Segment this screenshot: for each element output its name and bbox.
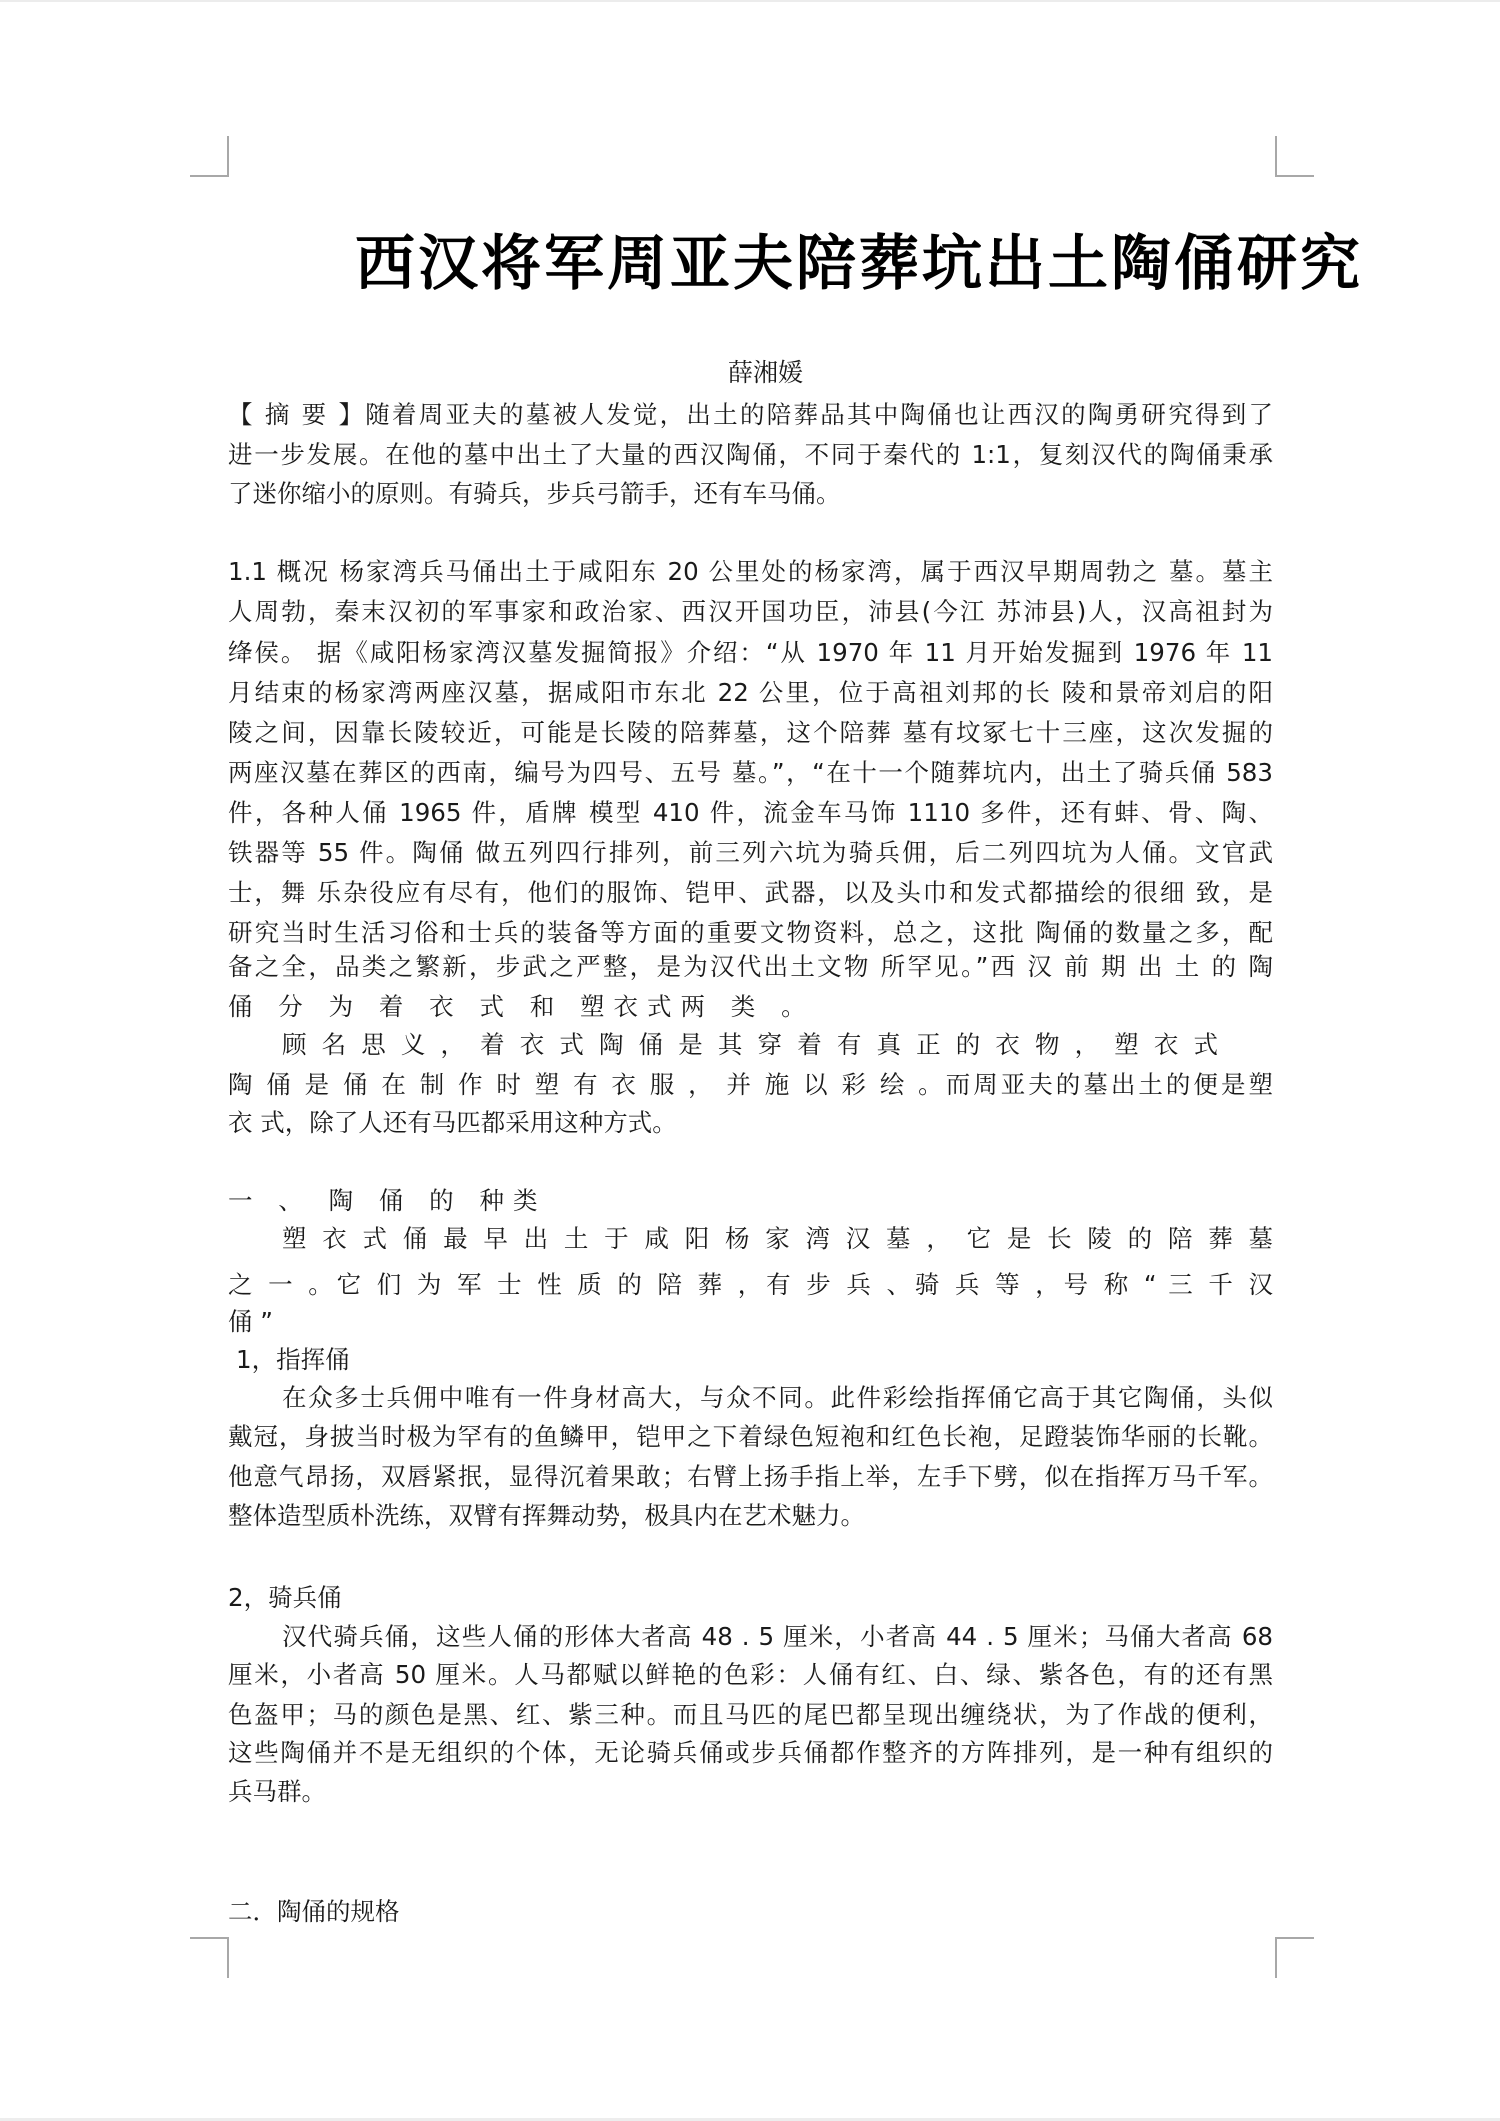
paragraph-line: 整体造型质朴洗练，双臂有挥舞动势，极具内在艺术魅力。 <box>228 1498 1273 1534</box>
crop-mark-top-left <box>190 136 229 177</box>
abstract-line: 了迷你缩小的原则。有骑兵，步兵弓箭手，还有车马俑。 <box>228 476 1273 512</box>
page-top-edge <box>0 0 1500 2</box>
paragraph-line: 绛侯。 据《咸阳杨家湾汉墓发掘简报》介绍：“从 1970 年 11 月开始发掘到… <box>228 635 1273 671</box>
paragraph-line: 件，各种人俑 1965 件，盾牌 模型 410 件，流金车马饰 1110 多件，… <box>228 795 1273 831</box>
paragraph-line: 俑 ” <box>228 1304 1273 1340</box>
paragraph-line: 塑 衣 式 俑 最 早 出 土 于 咸 阳 杨 家 湾 汉 墓 ， 它 是 长 … <box>282 1221 1273 1257</box>
abstract-line: 进一步发展。在他的墓中出土了大量的西汉陶俑，不同于秦代的 1:1，复刻汉代的陶俑… <box>228 437 1273 473</box>
crop-mark-bottom-right <box>1275 1937 1314 1978</box>
paragraph-line: 俑 分 为 着 衣 式 和 塑衣式两 类 。 <box>228 989 1273 1025</box>
paragraph-line: 他意气昂扬，双唇紧抿，显得沉着果敢；右臂上扬手指上举，左手下劈，似在指挥万马千军… <box>228 1459 1273 1495</box>
paragraph-line: 汉代骑兵俑，这些人俑的形体大者高 48 . 5 厘米，小者高 44 . 5 厘米… <box>282 1619 1273 1655</box>
paragraph-line: 士，舞 乐杂役应有尽有，他们的服饰、铠甲、武器，以及头巾和发式都描绘的很细 致，… <box>228 875 1273 911</box>
paragraph-line: 人周勃，秦末汉初的军事家和政治家、西汉开国功臣，沛县(今江 苏沛县)人，汉高祖封… <box>228 594 1273 630</box>
paragraph-line: 陵之间，因靠长陵较近，可能是长陵的陪葬墓，这个陪葬 墓有坟冢七十三座，这次发掘的 <box>228 715 1273 751</box>
paragraph-line: 陶 俑 是 俑 在 制 作 时 塑 有 衣 服 ， 并 施 以 彩 绘 。而周亚… <box>228 1067 1273 1103</box>
abstract-line: 【 摘 要 】随着周亚夫的墓被人发觉，出土的陪葬品其中陶俑也让西汉的陶勇研究得到… <box>228 397 1273 433</box>
paragraph-line: 这些陶俑并不是无组织的个体，无论骑兵俑或步兵俑都作整齐的方阵排列，是一种有组织的 <box>228 1735 1273 1771</box>
paragraph-line: 月结束的杨家湾两座汉墓，据咸阳市东北 22 公里，位于高祖刘邦的长 陵和景帝刘启… <box>228 675 1273 711</box>
paragraph-line: 备之全，品类之繁新，步武之严整，是为汉代出土文物 所罕见。”西 汉 前 期 出 … <box>228 949 1273 985</box>
subsection-heading: 2，骑兵俑 <box>228 1580 1273 1616</box>
paragraph-line: 1.1 概况 杨家湾兵马俑出土于咸阳东 20 公里处的杨家湾，属于西汉早期周勃之… <box>228 554 1273 590</box>
paragraph-line: 之 一 。它 们 为 军 士 性 质 的 陪 葬 ，有 步 兵 、骑 兵 等 ，… <box>228 1267 1273 1303</box>
section-heading: 一 、 陶 俑 的 种类 <box>228 1183 1273 1219</box>
paragraph-line: 色盔甲；马的颜色是黑、红、紫三种。而且马匹的尾巴都呈现出缠绕状，为了作战的便利， <box>228 1697 1273 1733</box>
author-name: 薛湘媛 <box>728 356 803 390</box>
paragraph-line: 戴冠，身披当时极为罕有的鱼鳞甲，铠甲之下着绿色短袍和红色长袍，足蹬装饰华丽的长靴… <box>228 1419 1273 1455</box>
subsection-heading: 1，指挥俑 <box>236 1342 1281 1378</box>
paragraph-line: 两座汉墓在葬区的西南，编号为四号、五号 墓。”，“在十一个随葬坑内，出土了骑兵俑… <box>228 755 1273 791</box>
paragraph-line: 在众多士兵佣中唯有一件身材高大，与众不同。此件彩绘指挥俑它高于其它陶俑，头似 <box>282 1380 1273 1416</box>
paragraph-line: 顾 名 思 义 ， 着 衣 式 陶 俑 是 其 穿 着 有 真 正 的 衣 物 … <box>282 1027 1218 1063</box>
paragraph-line: 衣 式，除了人还有马匹都采用这种方式。 <box>228 1105 1273 1141</box>
section-heading: 二．陶俑的规格 <box>228 1894 1273 1930</box>
paragraph-line: 兵马群。 <box>228 1774 1273 1810</box>
document-title: 西汉将军周亚夫陪葬坑出土陶俑研究 <box>355 228 1275 300</box>
paragraph-line: 厘米，小者高 50 厘米。人马都赋以鲜艳的色彩：人俑有红、白、绿、紫各色，有的还… <box>228 1657 1273 1693</box>
document-page: 西汉将军周亚夫陪葬坑出土陶俑研究 薛湘媛 【 摘 要 】随着周亚夫的墓被人发觉，… <box>0 0 1500 2121</box>
paragraph-line: 研究当时生活习俗和士兵的装备等方面的重要文物资料，总之，这批 陶俑的数量之多，配 <box>228 915 1273 951</box>
paragraph-line: 铁器等 55 件。陶俑 做五列四行排列，前三列六坑为骑兵佣，后二列四坑为人俑。文… <box>228 835 1273 871</box>
crop-mark-top-right <box>1275 136 1314 177</box>
crop-mark-bottom-left <box>190 1937 229 1978</box>
